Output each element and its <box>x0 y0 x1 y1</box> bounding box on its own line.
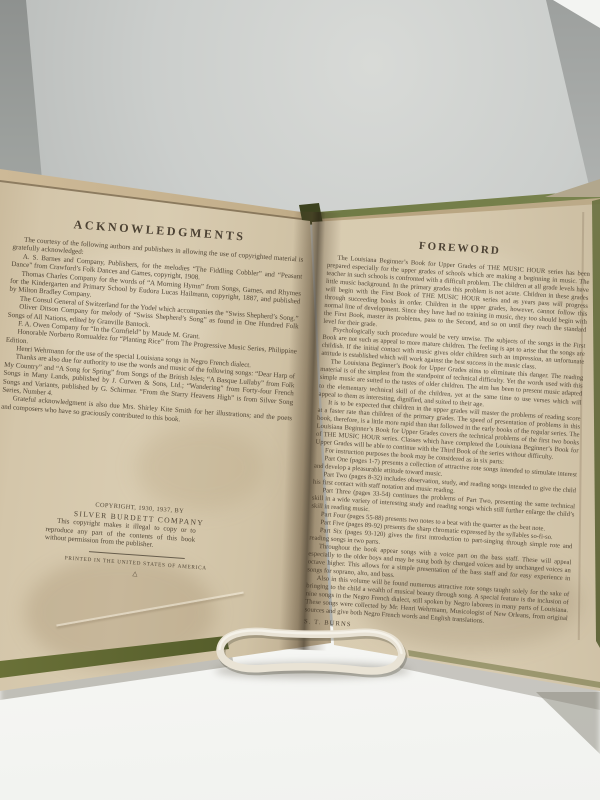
copyright-block: COPYRIGHT, 1930, 1937, BY SILVER BURDETT… <box>42 498 232 584</box>
book-stand <box>206 616 419 684</box>
foreword-page-text: FOREWORD The Louisiana Beginner’s Book f… <box>304 234 592 644</box>
acknowledgments-page-text: ACKNOWLEDGMENTS The courtesy of the foll… <box>0 213 305 588</box>
